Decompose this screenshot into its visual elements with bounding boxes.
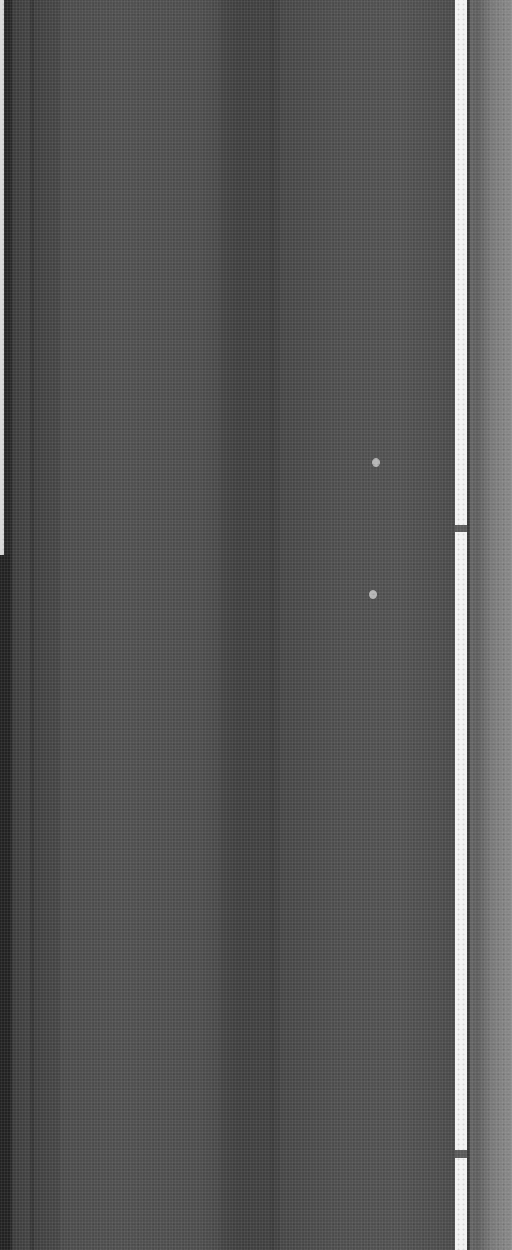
texture-noise	[0, 0, 512, 1250]
road-surface-image	[0, 0, 512, 1250]
